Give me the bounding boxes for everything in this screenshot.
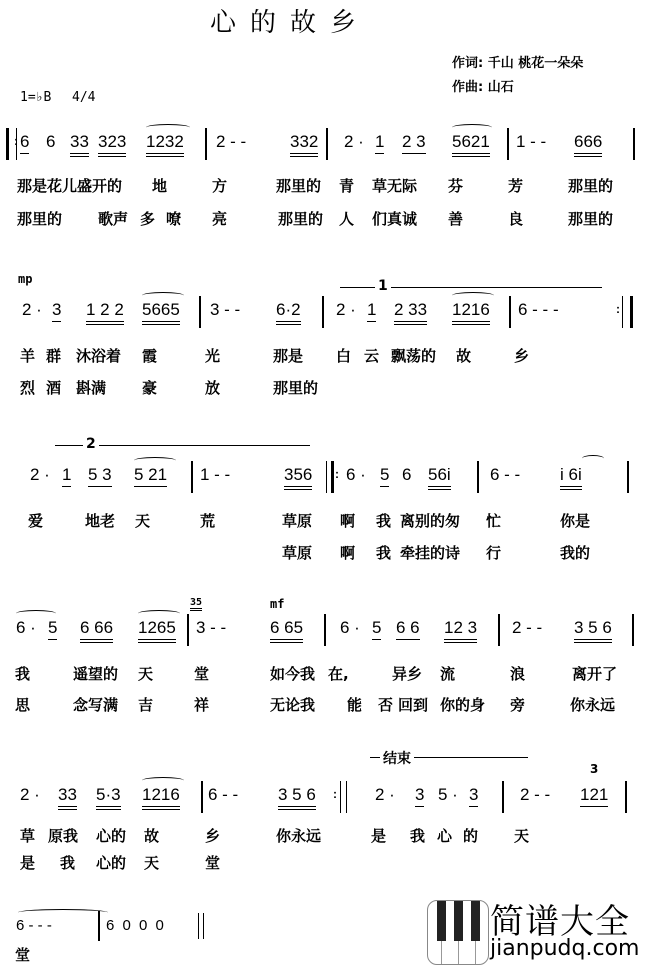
note: 6 - - [208, 785, 238, 805]
note: 6 - - - [16, 917, 52, 934]
site-logo: 简谱大全 jianpudq.com [427, 898, 642, 966]
note: 2 - - [520, 785, 550, 805]
note-group: 6 65 [270, 618, 303, 643]
note-group: 33 [70, 132, 89, 157]
barline [199, 296, 201, 328]
note-group: 1216 [452, 300, 490, 325]
note: 1 - - [200, 465, 230, 485]
notation-system-5: 2 · 33 5·3 1216 6 - - 3 5 6 : 2 · 3 5 · … [0, 785, 649, 815]
repeat-dots: : [14, 134, 18, 148]
note: 6 · [346, 465, 366, 485]
note: 3 [52, 300, 61, 322]
notation-system-1: : 6 6 33 323 1232 2 - - 332 2 · 1 2 3 56… [0, 132, 649, 162]
note-group: 5621 [452, 132, 490, 157]
barline [633, 128, 635, 160]
dynamic-mf: mf [270, 597, 284, 611]
note-group: 3 5 6 [278, 785, 316, 810]
note-group: 5·3 [96, 785, 121, 810]
barline [509, 296, 511, 328]
dynamic-mp: mp [18, 272, 32, 286]
note: 6 [20, 132, 29, 154]
time-signature: 4/4 [72, 90, 95, 105]
note: 5 [48, 618, 57, 640]
barline [627, 461, 629, 493]
note: 2 · [344, 132, 364, 152]
note: 5 [380, 465, 389, 487]
barline [187, 614, 189, 646]
slur [16, 610, 56, 617]
note: 2 · [22, 300, 42, 320]
volta-first-ending: 1 [340, 287, 602, 288]
slur [582, 455, 604, 462]
note-group: 6 66 [80, 618, 113, 643]
note-group: 6·2 [276, 300, 301, 325]
note: 3 [415, 785, 424, 807]
barline [322, 296, 324, 328]
repeat-end-barline [622, 296, 633, 328]
barline [324, 614, 326, 646]
barline [191, 461, 193, 493]
barline [632, 614, 634, 646]
barline [477, 461, 479, 493]
note-group: i 6i [560, 465, 582, 490]
note-group: 33 [58, 785, 77, 810]
note: 1 [367, 300, 376, 322]
barline [201, 781, 203, 813]
note-group: 323 [98, 132, 126, 157]
notation-system-3: 2 · 1 5 3 5 21 1 - - 356 : 6 · 5 6 56i 6… [0, 465, 649, 495]
note-group: 1232 [146, 132, 184, 157]
note: 1 [62, 465, 71, 487]
note: 6 [402, 465, 411, 485]
note-group: 666 [574, 132, 602, 157]
note: 2 · [30, 465, 50, 485]
piano-keys-icon [427, 900, 489, 965]
note: 3 [469, 785, 478, 807]
note-group: 56i [428, 465, 451, 490]
final-barline [198, 913, 204, 939]
note-group: 356 [284, 465, 312, 490]
logo-text-url: jianpudq.com [490, 936, 639, 961]
note-group: 2 3 [402, 132, 426, 154]
key-signature: 1=♭B [20, 90, 51, 105]
note-group: 5 3 [88, 465, 112, 487]
note: 1 [375, 132, 384, 154]
notation-system-2: 2 · 3 1 2 2 5665 3 - - 6·2 2 · 1 2 33 12… [0, 300, 649, 330]
note-group: 1216 [142, 785, 180, 810]
note: 6 · [16, 618, 36, 638]
note-group: 5 21 [134, 465, 167, 487]
note: 2 · [20, 785, 40, 805]
note: 6 - - [490, 465, 520, 485]
slur [138, 610, 180, 617]
volta-ending: 结束 [370, 757, 528, 758]
slur [452, 292, 494, 299]
repeat-dots: : [616, 302, 620, 316]
barline [625, 781, 627, 813]
barline [507, 128, 509, 160]
note-group: 12 3 [444, 618, 477, 643]
note-group: 6 6 [396, 618, 420, 640]
note-group: 1265 [138, 618, 176, 643]
slur [146, 124, 190, 131]
barline [502, 781, 504, 813]
note: 1 - - [516, 132, 546, 152]
song-title: 心的故乡 [0, 2, 580, 39]
barline [98, 911, 100, 941]
note: 6 - - - [518, 300, 559, 320]
volta-second-ending: 2 [55, 445, 310, 446]
barline [326, 128, 328, 160]
note-group: 121 [580, 785, 608, 807]
slur [18, 909, 108, 916]
slur [142, 292, 184, 299]
composer-credit: 作曲: 山石 [452, 76, 514, 95]
grace-notes: 35 [190, 598, 202, 611]
note: 2 · [336, 300, 356, 320]
barline [205, 128, 207, 160]
lyricist-credit: 作词: 千山 桃花一朵朵 [452, 52, 583, 71]
notation-system-4: 6 · 5 6 66 1265 3 - - 6 65 6 · 5 6 6 12 … [0, 618, 649, 648]
note: 6 0 0 0 [106, 917, 166, 934]
slur [142, 777, 184, 784]
note: 6 · [340, 618, 360, 638]
note: 5 · [438, 785, 458, 805]
repeat-start-barline [326, 461, 334, 493]
repeat-dots: : [333, 787, 337, 801]
slur [452, 124, 492, 131]
repeat-dots: : [335, 467, 339, 481]
note-group: 5665 [142, 300, 180, 325]
triplet-mark: 3 [590, 762, 598, 776]
slur [134, 457, 176, 464]
note: 6 [46, 132, 55, 152]
note: 2 - - [512, 618, 542, 638]
note: 3 - - [210, 300, 240, 320]
note: 5 [372, 618, 381, 640]
note-group: 2 33 [394, 300, 427, 325]
note-group: 1 2 2 [86, 300, 124, 325]
note-group: 3 5 6 [574, 618, 612, 643]
note: 3 - - [196, 618, 226, 638]
note-group: 332 [290, 132, 318, 157]
repeat-end-barline [340, 781, 347, 813]
note: 2 - - [216, 132, 246, 152]
barline [498, 614, 500, 646]
note: 2 · [375, 785, 395, 805]
